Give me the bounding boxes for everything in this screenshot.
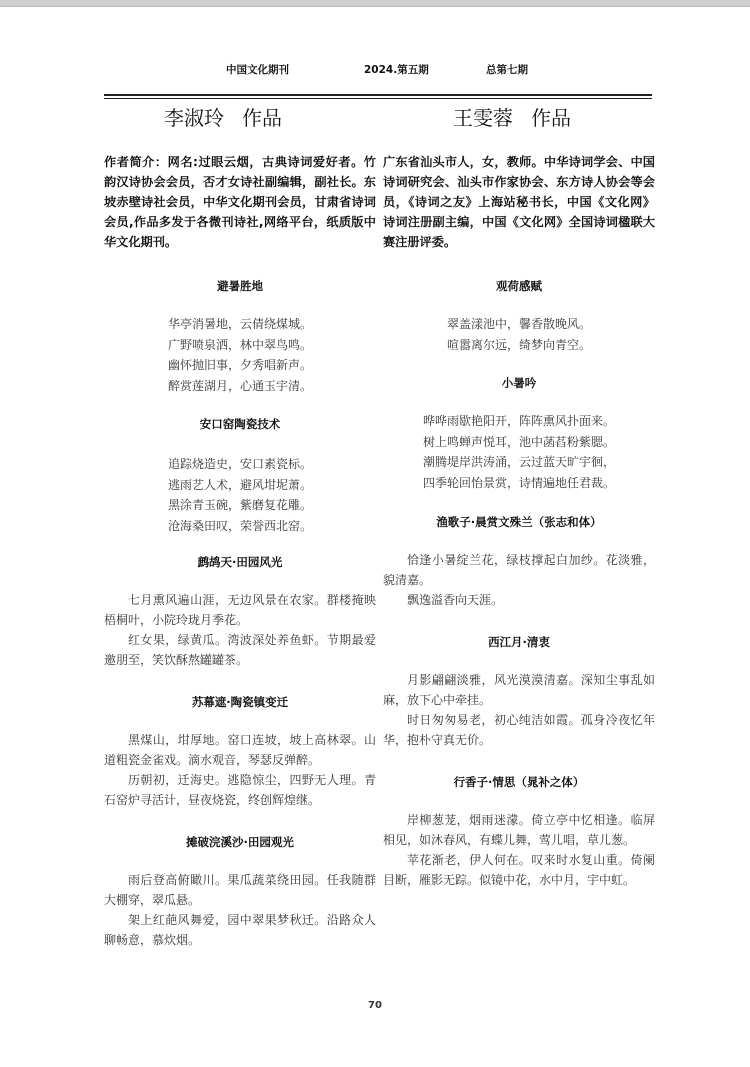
poem-right-0: 观荷感赋 翠盖漾池中，馨香散晚风。 喧嚣离尔远，绮梦向青空。 — [383, 276, 655, 355]
poem-title: 安口窑陶瓷技术 — [104, 414, 376, 434]
poem-stanza: 月影翩翩淡雅，风光漠漠清嘉。深知尘事乱如麻，放下心中牵挂。 — [383, 670, 655, 710]
poem-stanza: 飘逸溢香向天涯。 — [383, 590, 655, 610]
poem-line: 逃雨艺人术，避风坩坭萧。 — [104, 475, 376, 496]
poem-stanza: 恰逢小暑绽兰花，绿枝撑起白加纱。花淡雅，貌清嘉。 — [383, 550, 655, 590]
poem-title: 观荷感赋 — [383, 276, 655, 296]
poem-right-1: 小暑吟 哗哗雨歇艳阳开，阵阵熏风扑面来。 树上鸣蝉声悦耳，池中菡萏粉紫腮。 潮腾… — [383, 373, 655, 493]
poem-line: 哗哗雨歇艳阳开，阵阵熏风扑面来。 — [383, 411, 655, 432]
poem-left-0: 避暑胜地 华亭消暑地，云倩绕煤城。 广野喷泉洒，林中翠鸟鸣。 幽怀抛旧事，夕秀唱… — [104, 276, 376, 396]
poem-line: 沧海桑田叹，荣誉西北窑。 — [104, 516, 376, 537]
poem-stanza: 架上红葩风舞爱，园中翠果梦秋迁。沿路众人聊畅意，慕炊烟。 — [104, 910, 376, 950]
poem-stanza: 雨后登高俯瞰川。果瓜蔬菜绕田园。任我随群大棚穿，翠瓜悬。 — [104, 870, 376, 910]
journal-name: 中国文化期刊 — [226, 62, 289, 77]
poem-title: 西江月·清衷 — [383, 632, 655, 652]
poem-body: 月影翩翩淡雅，风光漠漠清嘉。深知尘事乱如麻，放下心中牵挂。 时日匆匆易老，初心纯… — [383, 670, 655, 750]
running-header: 中国文化期刊 2024.第五期 总第七期 — [0, 62, 750, 78]
poem-line: 潮腾堤岸洪涛涌，云过蓝天旷宇徊， — [383, 452, 655, 473]
poem-line: 四季轮回怡景赏，诗情遍地任君裁。 — [383, 473, 655, 494]
poem-line: 追踪烧造史，安口素瓷标。 — [104, 454, 376, 475]
poem-title: 鹧鸪天·田园风光 — [104, 552, 376, 572]
poem-line: 黑涂青玉碗，紫磨复花雕。 — [104, 495, 376, 516]
viewer-top-bar — [0, 0, 750, 7]
works-label: 作品 — [242, 106, 282, 130]
poem-line: 醉赏莲湖月，心通玉宇清。 — [104, 376, 376, 397]
poem-right-2: 渔歌子·晨赏文殊兰（张志和体） 恰逢小暑绽兰花，绿枝撑起白加纱。花淡雅，貌清嘉。… — [383, 512, 655, 610]
author-bio-left: 作者简介：网名:过眼云烟，古典诗词爱好者。竹韵汉诗协会会员，否才女诗社副编辑，副… — [104, 152, 376, 252]
poem-title: 行香子·情思（晁补之体） — [383, 772, 655, 792]
poem-body: 岸柳葱茏，烟雨迷濛。倚立亭中忆相逢。临屏相见，如沐春风，有蝶儿舞，莺儿唱，草儿葱… — [383, 810, 655, 890]
poem-line: 华亭消暑地，云倩绕煤城。 — [104, 314, 376, 335]
poem-body: 翠盖漾池中，馨香散晚风。 喧嚣离尔远，绮梦向青空。 — [383, 314, 655, 355]
poem-right-4: 行香子·情思（晁补之体） 岸柳葱茏，烟雨迷濛。倚立亭中忆相逢。临屏相见，如沐春风… — [383, 772, 655, 890]
poem-title: 渔歌子·晨赏文殊兰（张志和体） — [383, 512, 655, 532]
author-bio-right: 广东省汕头市人，女，教师。中华诗词学会、中国诗词研究会、汕头市作家协会、东方诗人… — [383, 152, 655, 252]
poem-line: 翠盖漾池中，馨香散晚风。 — [383, 314, 655, 335]
poem-line: 树上鸣蝉声悦耳，池中菡萏粉紫腮。 — [383, 432, 655, 453]
poem-line: 幽怀抛旧事，夕秀唱新声。 — [104, 355, 376, 376]
issue-number: 2024.第五期 — [364, 62, 429, 77]
poem-title: 摊破浣溪沙·田园观光 — [104, 832, 376, 852]
poem-body: 恰逢小暑绽兰花，绿枝撑起白加纱。花淡雅，貌清嘉。 飘逸溢香向天涯。 — [383, 550, 655, 610]
poem-stanza: 时日匆匆易老，初心纯洁如霞。孤身冷夜忆年华，抱朴守真无价。 — [383, 710, 655, 750]
poem-title: 避暑胜地 — [104, 276, 376, 296]
poem-stanza: 岸柳葱茏，烟雨迷濛。倚立亭中忆相逢。临屏相见，如沐春风，有蝶儿舞，莺儿唱，草儿葱… — [383, 810, 655, 850]
right-column: 王雯蓉作品 广东省汕头市人，女，教师。中华诗词学会、中国诗词研究会、汕头市作家协… — [383, 100, 655, 252]
poem-title: 苏幕遮·陶瓷镇变迁 — [104, 692, 376, 712]
total-issue: 总第七期 — [486, 62, 528, 77]
author-heading-right: 王雯蓉作品 — [383, 100, 655, 136]
works-label: 作品 — [531, 106, 571, 130]
poem-line: 广野喷泉洒，林中翠鸟鸣。 — [104, 335, 376, 356]
page-number: 70 — [0, 1000, 750, 1011]
poem-stanza: 苹花渐老，伊人何在。叹来时水复山重。倚阑目断，雁影无踪。似镜中花，水中月，宇中虹… — [383, 850, 655, 890]
poem-left-1: 安口窑陶瓷技术 追踪烧造史，安口素瓷标。 逃雨艺人术，避风坩坭萧。 黑涂青玉碗，… — [104, 414, 376, 536]
author-name: 王雯蓉 — [453, 106, 513, 130]
poem-body: 华亭消暑地，云倩绕煤城。 广野喷泉洒，林中翠鸟鸣。 幽怀抛旧事，夕秀唱新声。 醉… — [104, 314, 376, 396]
poem-line: 喧嚣离尔远，绮梦向青空。 — [383, 335, 655, 356]
poem-body: 七月熏风遍山涯，无边风景在农家。群楼掩映梧桐叶，小院玲珑月季花。 红女果，绿黄瓜… — [104, 590, 376, 670]
header-double-rule — [104, 94, 652, 99]
poem-left-3: 苏幕遮·陶瓷镇变迁 黑煤山，坩厚地。窑口连坡，坡上高林翠。山道粗瓷金雀戏。滴水观… — [104, 692, 376, 810]
left-column: 李淑玲作品 作者简介：网名:过眼云烟，古典诗词爱好者。竹韵汉诗协会会员，否才女诗… — [104, 100, 376, 252]
poem-stanza: 七月熏风遍山涯，无边风景在农家。群楼掩映梧桐叶，小院玲珑月季花。 — [104, 590, 376, 630]
poem-stanza: 历朝初，迁海史。逃隐惊尘，四野无人理。青石窑炉寻活计，昼夜烧瓷，终创辉煌继。 — [104, 770, 376, 810]
poem-body: 追踪烧造史，安口素瓷标。 逃雨艺人术，避风坩坭萧。 黑涂青玉碗，紫磨复花雕。 沧… — [104, 454, 376, 536]
author-name: 李淑玲 — [164, 106, 224, 130]
poem-left-2: 鹧鸪天·田园风光 七月熏风遍山涯，无边风景在农家。群楼掩映梧桐叶，小院玲珑月季花… — [104, 552, 376, 670]
poem-right-3: 西江月·清衷 月影翩翩淡雅，风光漠漠清嘉。深知尘事乱如麻，放下心中牵挂。 时日匆… — [383, 632, 655, 750]
poem-body: 雨后登高俯瞰川。果瓜蔬菜绕田园。任我随群大棚穿，翠瓜悬。 架上红葩风舞爱，园中翠… — [104, 870, 376, 950]
poem-body: 黑煤山，坩厚地。窑口连坡，坡上高林翠。山道粗瓷金雀戏。滴水观音，琴瑟反弹醉。 历… — [104, 730, 376, 810]
poem-stanza: 黑煤山，坩厚地。窑口连坡，坡上高林翠。山道粗瓷金雀戏。滴水观音，琴瑟反弹醉。 — [104, 730, 376, 770]
poem-stanza: 红女果，绿黄瓜。湾波深处养鱼虾。节期最爱邀朋至，笑饮酥熬罐罐茶。 — [104, 630, 376, 670]
author-heading-left: 李淑玲作品 — [104, 100, 376, 136]
poem-left-4: 摊破浣溪沙·田园观光 雨后登高俯瞰川。果瓜蔬菜绕田园。任我随群大棚穿，翠瓜悬。 … — [104, 832, 376, 950]
poem-body: 哗哗雨歇艳阳开，阵阵熏风扑面来。 树上鸣蝉声悦耳，池中菡萏粉紫腮。 潮腾堤岸洪涛… — [383, 411, 655, 493]
poem-title: 小暑吟 — [383, 373, 655, 393]
